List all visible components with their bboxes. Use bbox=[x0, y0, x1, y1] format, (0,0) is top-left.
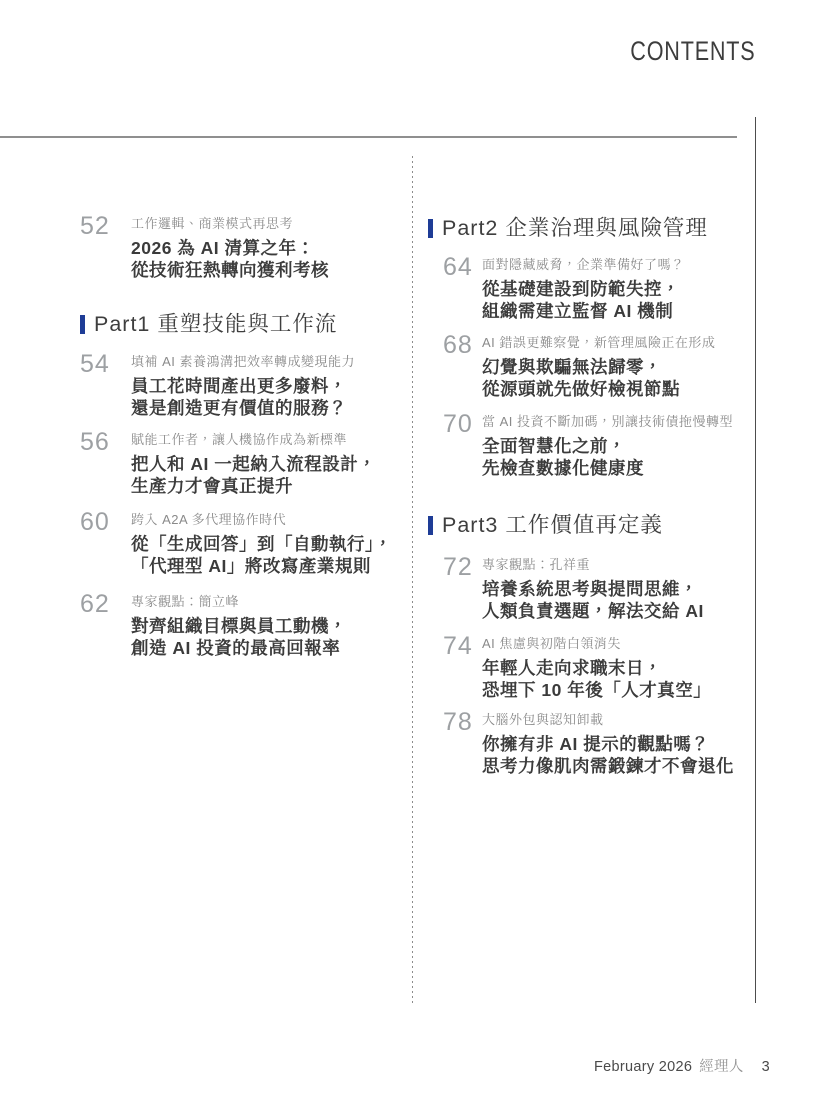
toc-entry-64: 64 面對隱藏威脅，企業準備好了嗎？ 從基礎建設到防範失控， 組織需建立監督 A… bbox=[428, 255, 763, 322]
part-accent-bar bbox=[428, 219, 433, 238]
entry-kicker: 填補 AI 素養鴻溝把效率轉成變現能力 bbox=[131, 352, 415, 370]
entry-page-number: 52 bbox=[80, 214, 131, 281]
entry-kicker: 跨入 A2A 多代理協作時代 bbox=[131, 510, 415, 528]
toc-column-right: Part2 企業治理與風險管理 64 面對隱藏威脅，企業準備好了嗎？ 從基礎建設… bbox=[428, 215, 763, 777]
entry-title: 從基礎建設到防範失控， 組織需建立監督 AI 機制 bbox=[482, 278, 763, 322]
part-label: Part1 重塑技能與工作流 bbox=[94, 311, 337, 337]
entry-title: 從「生成回答」到「自動執行」， 「代理型 AI」將改寫產業規則 bbox=[131, 533, 415, 577]
toc-entry-60: 60 跨入 A2A 多代理協作時代 從「生成回答」到「自動執行」， 「代理型 A… bbox=[80, 510, 415, 577]
part-accent-bar bbox=[428, 516, 433, 535]
toc-entry-62: 62 專家觀點：簡立峰 對齊組織目標與員工動機， 創造 AI 投資的最高回報率 bbox=[80, 592, 415, 659]
entry-kicker: 工作邏輯、商業模式再思考 bbox=[131, 214, 415, 232]
page-footer: February 2026 經理人 3 bbox=[594, 1057, 770, 1077]
entry-page-number: 70 bbox=[443, 412, 482, 479]
entry-title: 年輕人走向求職末日， 恐埋下 10 年後「人才真空」 bbox=[482, 657, 763, 701]
part1-heading: Part1 重塑技能與工作流 bbox=[80, 311, 415, 337]
entry-kicker: 當 AI 投資不斷加碼，別讓技術債拖慢轉型 bbox=[482, 412, 763, 430]
entry-kicker: AI 焦慮與初階白領消失 bbox=[482, 634, 763, 652]
entry-page-number: 68 bbox=[443, 333, 482, 400]
toc-entry-52: 52 工作邏輯、商業模式再思考 2026 為 AI 清算之年： 從技術狂熱轉向獲… bbox=[80, 214, 415, 281]
toc-entry-68: 68 AI 錯誤更難察覺，新管理風險正在形成 幻覺與欺騙無法歸零， 從源頭就先做… bbox=[428, 333, 763, 400]
toc-entry-72: 72 專家觀點：孔祥重 培養系統思考與提問思維， 人類負責選題，解法交給 AI bbox=[428, 555, 763, 622]
page-title: CONTENTS bbox=[630, 36, 755, 67]
entry-title: 2026 為 AI 清算之年： 從技術狂熱轉向獲利考核 bbox=[131, 237, 415, 281]
part-label: Part2 企業治理與風險管理 bbox=[442, 215, 708, 241]
entry-title: 幻覺與欺騙無法歸零， 從源頭就先做好檢視節點 bbox=[482, 356, 763, 400]
entry-kicker: 專家觀點：孔祥重 bbox=[482, 555, 763, 573]
part-label: Part3 工作價值再定義 bbox=[442, 512, 663, 538]
entry-page-number: 56 bbox=[80, 430, 131, 497]
entry-title: 全面智慧化之前， 先檢查數據化健康度 bbox=[482, 435, 763, 479]
entry-kicker: 面對隱藏威脅，企業準備好了嗎？ bbox=[482, 255, 763, 273]
contents-page: CONTENTS 52 工作邏輯、商業模式再思考 2026 為 AI 清算之年：… bbox=[0, 0, 827, 1102]
entry-kicker: 專家觀點：簡立峰 bbox=[131, 592, 415, 610]
entry-page-number: 62 bbox=[80, 592, 131, 659]
toc-entry-70: 70 當 AI 投資不斷加碼，別讓技術債拖慢轉型 全面智慧化之前， 先檢查數據化… bbox=[428, 412, 763, 479]
entry-page-number: 74 bbox=[443, 634, 482, 701]
part3-heading: Part3 工作價值再定義 bbox=[428, 512, 763, 538]
footer-page-number: 3 bbox=[762, 1057, 770, 1077]
toc-column-left: 52 工作邏輯、商業模式再思考 2026 為 AI 清算之年： 從技術狂熱轉向獲… bbox=[80, 214, 415, 659]
entry-title: 你擁有非 AI 提示的觀點嗎？ 思考力像肌肉需鍛鍊才不會退化 bbox=[482, 733, 763, 777]
part-accent-bar bbox=[80, 315, 85, 334]
footer-issue-date: February 2026 bbox=[594, 1057, 692, 1077]
entry-kicker: AI 錯誤更難察覺，新管理風險正在形成 bbox=[482, 333, 763, 351]
entry-title: 員工花時間產出更多廢料， 還是創造更有價值的服務？ bbox=[131, 375, 415, 419]
part2-heading: Part2 企業治理與風險管理 bbox=[428, 215, 763, 241]
toc-entry-74: 74 AI 焦慮與初階白領消失 年輕人走向求職末日， 恐埋下 10 年後「人才真… bbox=[428, 634, 763, 701]
entry-page-number: 60 bbox=[80, 510, 131, 577]
entry-title: 對齊組織目標與員工動機， 創造 AI 投資的最高回報率 bbox=[131, 615, 415, 659]
toc-entry-78: 78 大腦外包與認知卸載 你擁有非 AI 提示的觀點嗎？ 思考力像肌肉需鍛鍊才不… bbox=[428, 710, 763, 777]
entry-page-number: 78 bbox=[443, 710, 482, 777]
entry-title: 把人和 AI 一起納入流程設計， 生產力才會真正提升 bbox=[131, 453, 415, 497]
toc-entry-54: 54 填補 AI 素養鴻溝把效率轉成變現能力 員工花時間產出更多廢料， 還是創造… bbox=[80, 352, 415, 419]
entry-page-number: 54 bbox=[80, 352, 131, 419]
entry-page-number: 64 bbox=[443, 255, 482, 322]
entry-title: 培養系統思考與提問思維， 人類負責選題，解法交給 AI bbox=[482, 578, 763, 622]
toc-entry-56: 56 賦能工作者，讓人機協作成為新標準 把人和 AI 一起納入流程設計， 生產力… bbox=[80, 430, 415, 497]
entry-kicker: 大腦外包與認知卸載 bbox=[482, 710, 763, 728]
footer-magazine-name: 經理人 bbox=[699, 1057, 743, 1077]
entry-kicker: 賦能工作者，讓人機協作成為新標準 bbox=[131, 430, 415, 448]
top-horizontal-rule bbox=[0, 136, 737, 138]
entry-page-number: 72 bbox=[443, 555, 482, 622]
